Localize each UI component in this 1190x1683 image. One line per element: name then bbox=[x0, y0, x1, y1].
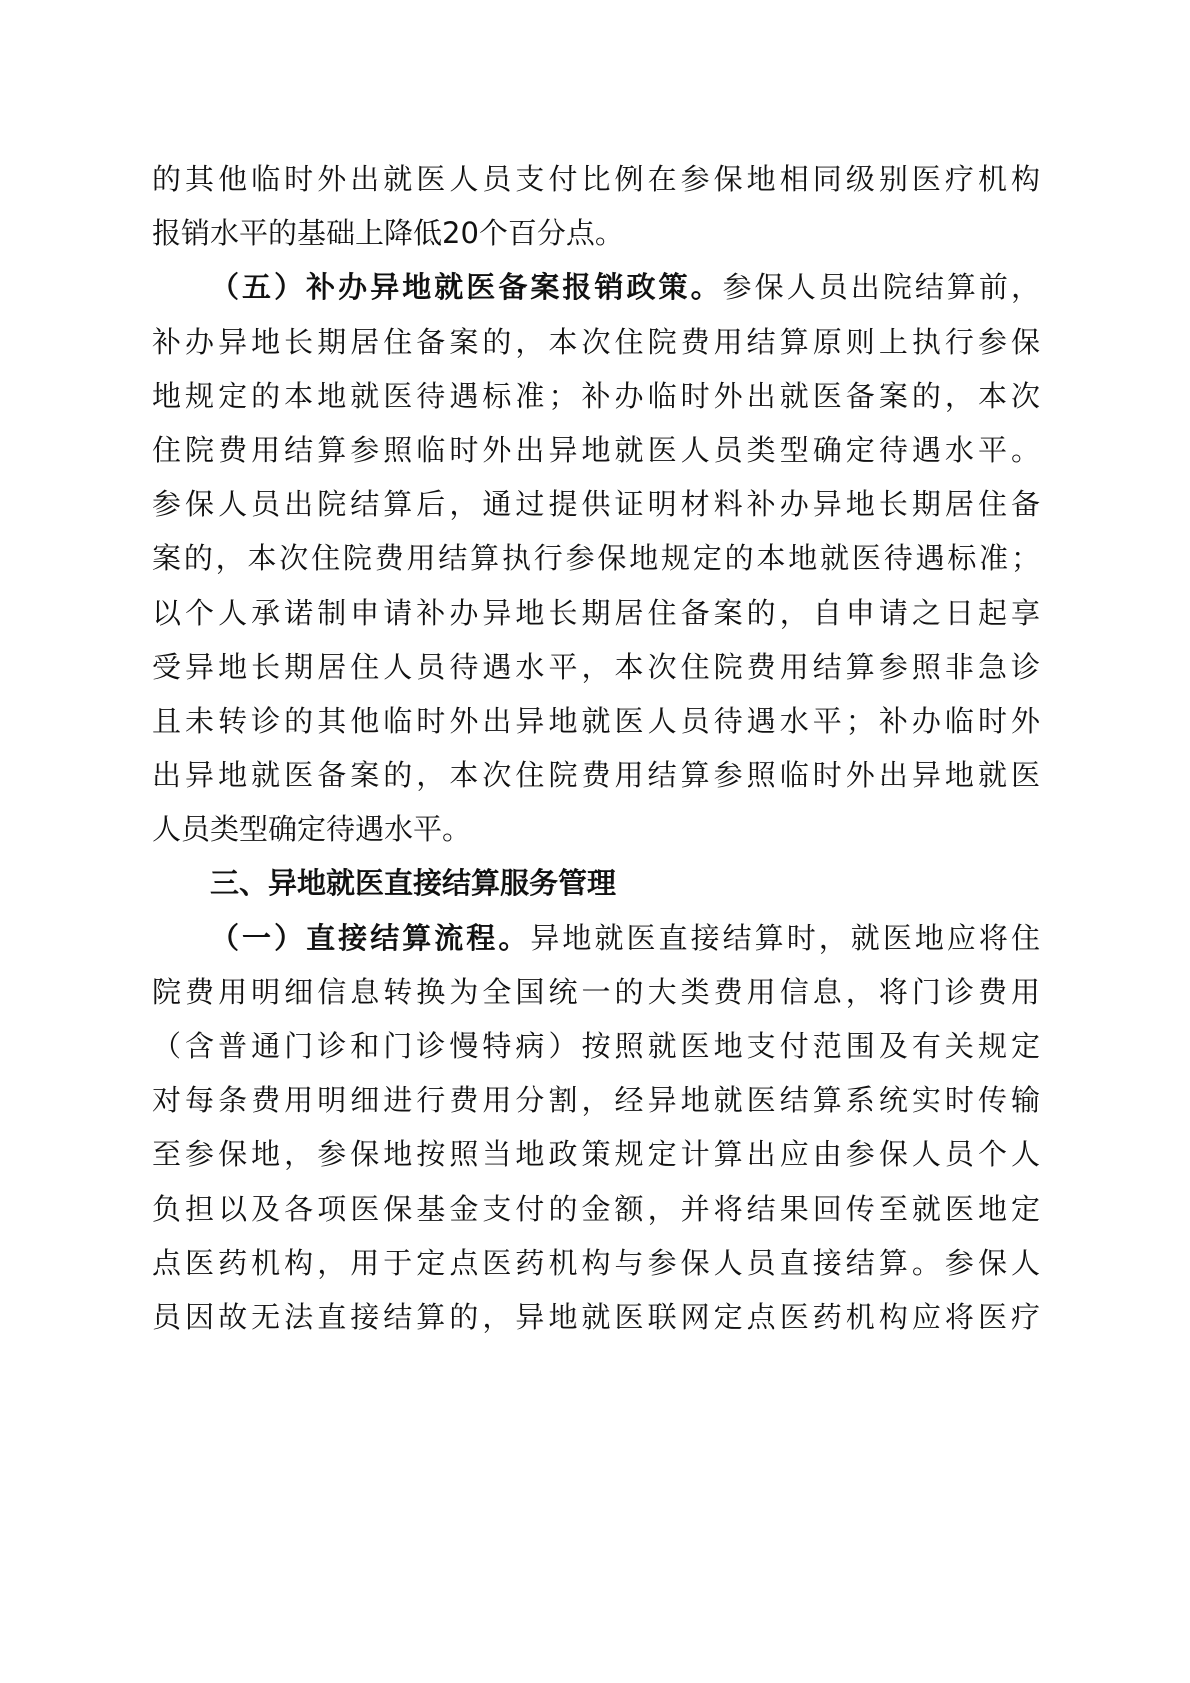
text-line: 以个人承诺制申请补办异地长期居住备案的，自申请之日起享 bbox=[152, 586, 1040, 640]
text-line: 员因故无法直接结算的，异地就医联网定点医药机构应将医疗 bbox=[152, 1290, 1040, 1344]
text-line: 报销水平的基础上降低20个百分点。 bbox=[152, 206, 1040, 260]
text-line: 地规定的本地就医待遇标准；补办临时外出就医备案的，本次 bbox=[152, 369, 1040, 423]
section-5-lead-title: （五）补办异地就医备案报销政策。 bbox=[210, 270, 723, 304]
section-3-1-first-line: （一）直接结算流程。异地就医直接结算时，就医地应将住 bbox=[152, 911, 1040, 965]
section-5-first-line: （五）补办异地就医备案报销政策。参保人员出院结算前， bbox=[152, 260, 1040, 314]
document-page: 的其他临时外出就医人员支付比例在参保地相同级别医疗机构 报销水平的基础上降低20… bbox=[152, 152, 1040, 1344]
section-3-1-first-line-text: 异地就医直接结算时，就医地应将住 bbox=[530, 921, 1040, 955]
text-line: 点医药机构，用于定点医药机构与参保人员直接结算。参保人 bbox=[152, 1236, 1040, 1290]
section-3-1-lead-title: （一）直接结算流程。 bbox=[210, 921, 530, 955]
text-line: 案的，本次住院费用结算执行参保地规定的本地就医待遇标准； bbox=[152, 531, 1040, 585]
text-line: 至参保地，参保地按照当地政策规定计算出应由参保人员个人 bbox=[152, 1127, 1040, 1181]
text-line: 补办异地长期居住备案的，本次住院费用结算原则上执行参保 bbox=[152, 315, 1040, 369]
text-line: 对每条费用明细进行费用分割，经异地就医结算系统实时传输 bbox=[152, 1073, 1040, 1127]
text-line: 负担以及各项医保基金支付的金额，并将结果回传至就医地定 bbox=[152, 1182, 1040, 1236]
text-line: 住院费用结算参照临时外出异地就医人员类型确定待遇水平。 bbox=[152, 423, 1040, 477]
text-line: 参保人员出院结算后，通过提供证明材料补办异地长期居住备 bbox=[152, 477, 1040, 531]
text-line: 出异地就医备案的，本次住院费用结算参照临时外出异地就医 bbox=[152, 748, 1040, 802]
text-line: 且未转诊的其他临时外出异地就医人员待遇水平；补办临时外 bbox=[152, 694, 1040, 748]
section-5-first-line-text: 参保人员出院结算前， bbox=[723, 270, 1040, 304]
text-line: 的其他临时外出就医人员支付比例在参保地相同级别医疗机构 bbox=[152, 152, 1040, 206]
text-line: 院费用明细信息转换为全国统一的大类费用信息，将门诊费用 bbox=[152, 965, 1040, 1019]
text-line: 人员类型确定待遇水平。 bbox=[152, 802, 1040, 856]
text-line: （含普通门诊和门诊慢特病）按照就医地支付范围及有关规定 bbox=[152, 1019, 1040, 1073]
text-line: 受异地长期居住人员待遇水平，本次住院费用结算参照非急诊 bbox=[152, 640, 1040, 694]
section-3-heading: 三、异地就医直接结算服务管理 bbox=[152, 856, 1040, 910]
